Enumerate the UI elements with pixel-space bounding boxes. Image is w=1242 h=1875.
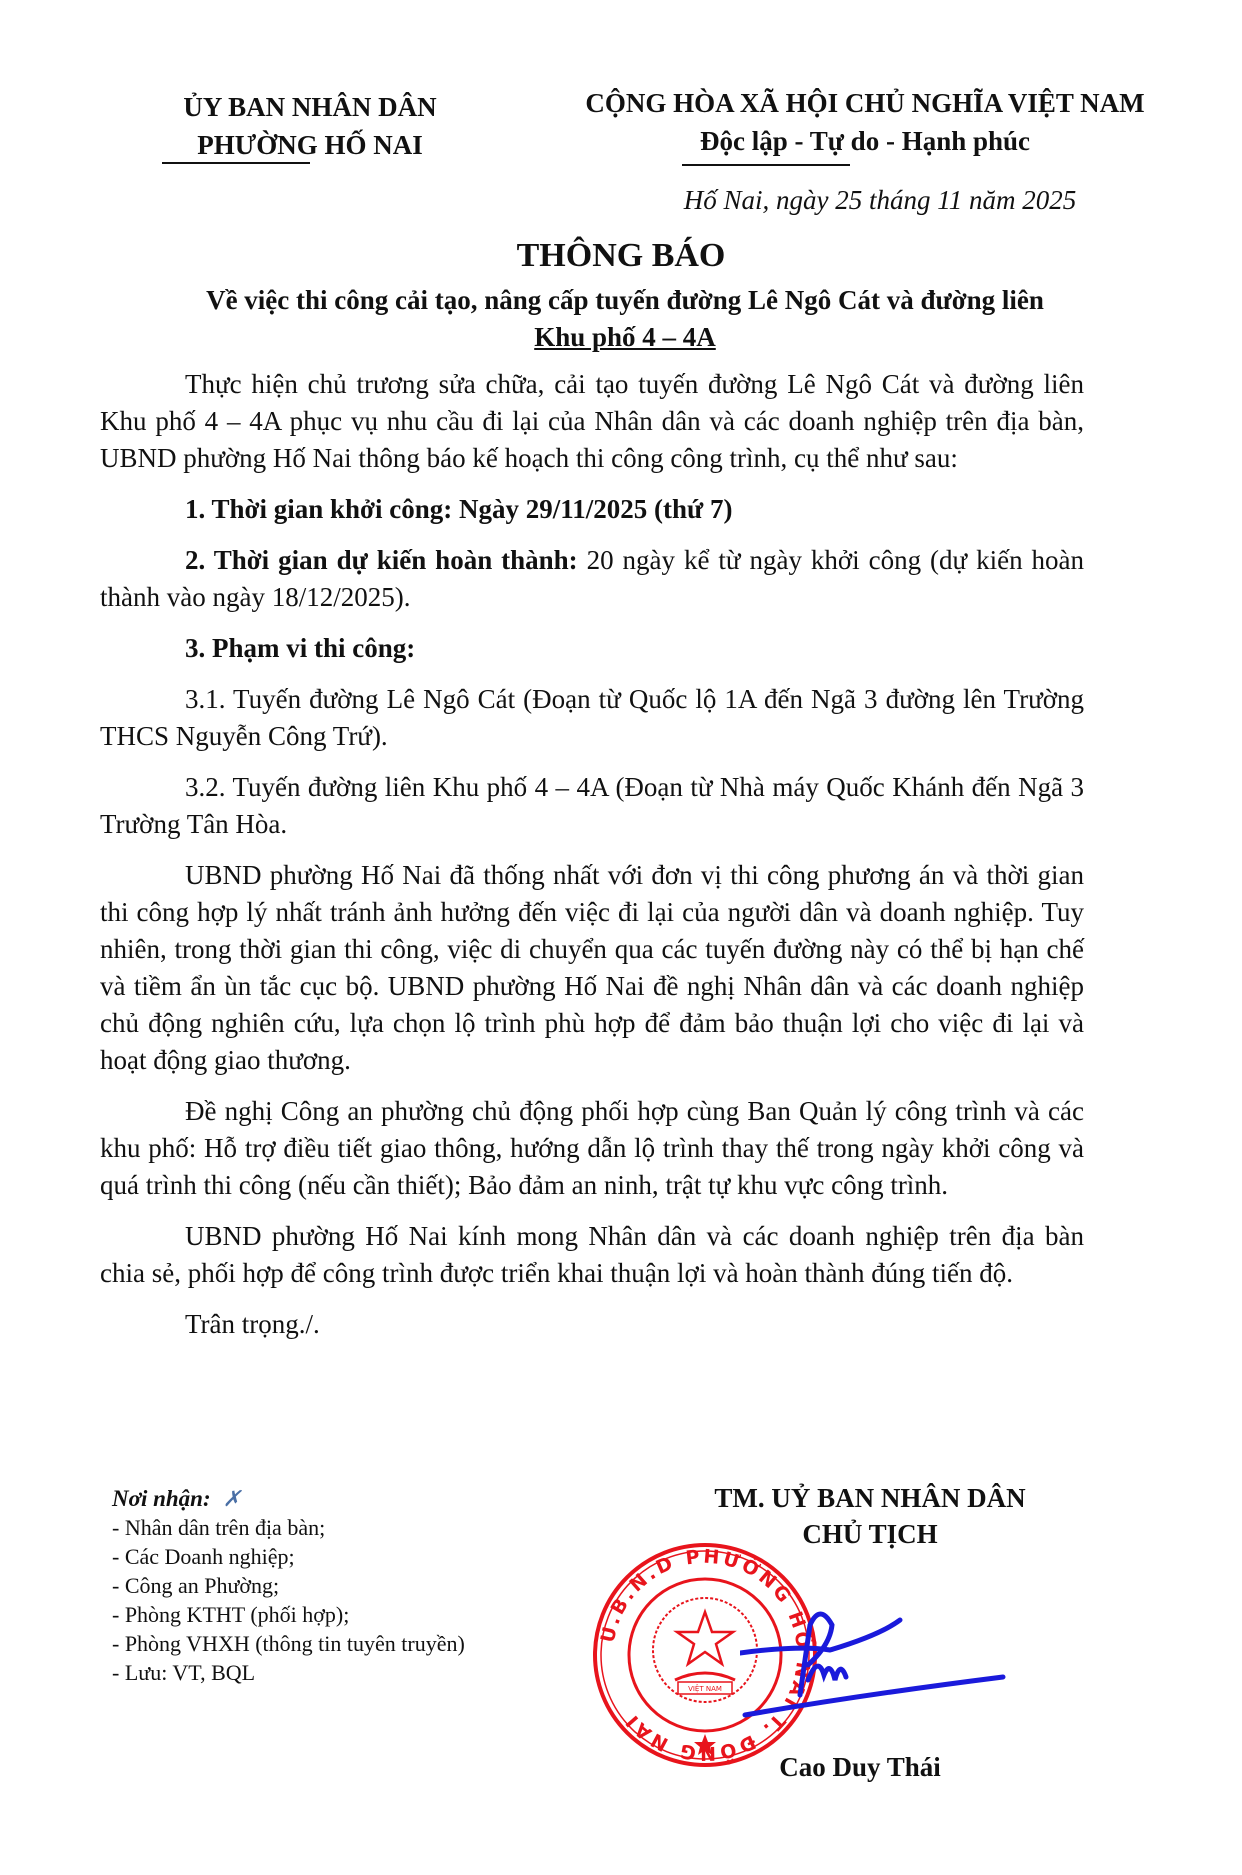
closing-paragraph: UBND phường Hố Nai kính mong Nhân dân và… — [100, 1218, 1084, 1292]
start-date-item: 1. Thời gian khởi công: Ngày 29/11/2025 … — [100, 491, 1084, 528]
authority-line1: ỦY BAN NHÂN DÂN — [110, 88, 510, 126]
recipient-item: - Công an Phường; — [112, 1571, 465, 1600]
authority-underline — [162, 162, 310, 164]
initial-mark-icon: ✗ — [223, 1486, 241, 1511]
document-body: Thực hiện chủ trương sửa chữa, cải tạo t… — [100, 366, 1084, 1357]
motto: Độc lập - Tự do - Hạnh phúc — [555, 122, 1175, 160]
recipient-item: - Phòng VHXH (thông tin tuyên truyền) — [112, 1629, 465, 1658]
country-name: CỘNG HÒA XÃ HỘI CHỦ NGHĨA VIỆT NAM — [555, 84, 1175, 122]
document-date: Hố Nai, ngày 25 tháng 11 năm 2025 — [660, 185, 1100, 216]
motto-underline — [682, 164, 850, 166]
scope-item-3-1: 3.1. Tuyến đường Lê Ngô Cát (Đoạn từ Quố… — [100, 681, 1084, 755]
national-motto: CỘNG HÒA XÃ HỘI CHỦ NGHĨA VIỆT NAM Độc l… — [555, 84, 1175, 160]
signer-name: Cao Duy Thái — [700, 1752, 1020, 1783]
subtitle-line1: Về việc thi công cải tạo, nâng cấp tuyến… — [95, 282, 1155, 319]
svg-text:VIỆT NAM: VIỆT NAM — [688, 1684, 722, 1693]
handwritten-signature-icon — [740, 1605, 1010, 1725]
issuing-authority: ỦY BAN NHÂN DÂN PHƯỜNG HỐ NAI — [110, 88, 510, 164]
regards: Trân trọng./. — [100, 1306, 1084, 1343]
document-title: THÔNG BÁO — [0, 237, 1242, 275]
recipients-label: Nơi nhận: — [112, 1486, 211, 1511]
intro-paragraph: Thực hiện chủ trương sửa chữa, cải tạo t… — [100, 366, 1084, 477]
subtitle-line2: Khu phố 4 – 4A — [534, 322, 716, 352]
police-paragraph: Đề nghị Công an phường chủ động phối hợp… — [100, 1093, 1084, 1204]
completion-item: 2. Thời gian dự kiến hoàn thành: 20 ngày… — [100, 542, 1084, 616]
plan-paragraph: UBND phường Hố Nai đã thống nhất với đơn… — [100, 857, 1084, 1079]
recipient-item: - Phòng KTHT (phối hợp); — [112, 1600, 465, 1629]
signature-line1: TM. UỶ BAN NHÂN DÂN — [620, 1480, 1120, 1516]
recipients-block: Nơi nhận:✗ - Nhân dân trên địa bàn; - Cá… — [112, 1484, 465, 1687]
scope-item-3-2: 3.2. Tuyến đường liên Khu phố 4 – 4A (Đo… — [100, 769, 1084, 843]
authority-line2: PHƯỜNG HỐ NAI — [110, 126, 510, 164]
recipient-item: - Lưu: VT, BQL — [112, 1658, 465, 1687]
scope-item: 3. Phạm vi thi công: — [100, 630, 1084, 667]
document-subtitle: Về việc thi công cải tạo, nâng cấp tuyến… — [95, 282, 1155, 356]
recipient-item: - Các Doanh nghiệp; — [112, 1542, 465, 1571]
recipient-item: - Nhân dân trên địa bàn; — [112, 1513, 465, 1542]
completion-label: 2. Thời gian dự kiến hoàn thành: — [185, 545, 578, 575]
